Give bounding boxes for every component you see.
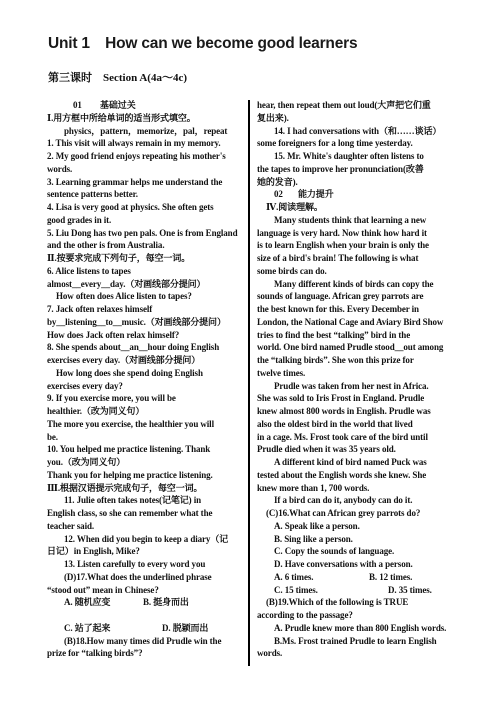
text-line: sounds of language. African grey parrots… xyxy=(257,290,471,303)
text-line: A. 6 times.B. 12 times. xyxy=(257,571,471,584)
text-line: 02能力提升 xyxy=(257,188,471,201)
text-line: the tapes to improve her pronunciation(改… xyxy=(257,163,471,176)
text-line: She was sold to Iris Frost in England. P… xyxy=(257,392,471,405)
text-line: 2. My good friend enjoys repeating his m… xyxy=(47,150,245,163)
text-line: hear, then repeat them out loud(大声把它们重 xyxy=(257,99,471,112)
text-line: Thank you for helping me practice listen… xyxy=(47,469,245,482)
worksheet-page: Unit 1 How can we become good learners 第… xyxy=(0,0,496,702)
text-line: 15. Mr. White's daughter often listens t… xyxy=(257,150,471,163)
text-line: “stood out” mean in Chinese? xyxy=(47,584,245,597)
text-line: world. One bird named Prudle stood__out … xyxy=(257,341,471,354)
text-line: 10. You helped me practice listening. Th… xyxy=(47,443,245,456)
text-line: A. 随机应变B. 挺身而出 xyxy=(47,596,245,609)
text-line: 复出来). xyxy=(257,112,471,125)
text-line: exercises every day.（对画线部分提问） xyxy=(47,354,245,367)
text-line-segment: D. 脱颖而出 xyxy=(162,622,208,635)
text-line: Ⅱ.按要求完成下列句子，每空一词。 xyxy=(47,252,245,265)
text-line xyxy=(47,609,245,622)
text-line: be. xyxy=(47,431,245,444)
text-line: language is very hard. Now think how har… xyxy=(257,227,471,240)
text-line: words. xyxy=(257,647,471,660)
text-line: words. xyxy=(47,163,245,176)
text-line: 8. She spends about__an__hour doing Engl… xyxy=(47,341,245,354)
text-line-segment: 基础过关 xyxy=(100,99,136,112)
text-line: knew more than 1, 700 words. xyxy=(257,482,471,495)
text-line: Prudle was taken from her nest in Africa… xyxy=(257,380,471,393)
text-line: 她的发音). xyxy=(257,176,471,189)
text-line-segment: B. 挺身而出 xyxy=(143,596,189,609)
text-line: 7. Jack often relaxes himself xyxy=(47,303,245,316)
text-line: also the oldest bird in the world that l… xyxy=(257,418,471,431)
text-line: 3. Learning grammar helps me understand … xyxy=(47,176,245,189)
text-line: 12. When did you begin to keep a diary（记 xyxy=(47,533,245,546)
text-line: some birds can do. xyxy=(257,265,471,278)
text-line: B.Ms. Frost trained Prudle to learn Engl… xyxy=(257,635,471,648)
text-line: (B)18.How many times did Prudle win the xyxy=(47,635,245,648)
text-line: Ⅳ.阅读理解。 xyxy=(257,201,471,214)
text-line: London, the National Cage and Aviary Bir… xyxy=(257,316,471,329)
text-line: physics，pattern，memorize，pal，repeat xyxy=(47,125,245,138)
text-line: (D)17.What does the underlined phrase xyxy=(47,571,245,584)
text-line: A. Speak like a person. xyxy=(257,520,471,533)
text-line: B. Sing like a person. xyxy=(257,533,471,546)
text-line: the “talking birds”. She won this prize … xyxy=(257,354,471,367)
text-line: 5. Liu Dong has two pen pals. One is fro… xyxy=(47,227,245,240)
text-line: C. Copy the sounds of language. xyxy=(257,545,471,558)
text-line: Many students think that learning a new xyxy=(257,214,471,227)
text-line-segment: 能力提升 xyxy=(298,188,334,201)
text-line-segment: B. 12 times. xyxy=(369,571,412,584)
text-line: 日记）in English, Mike? xyxy=(47,545,245,558)
text-line: in a cage. Ms. Frost took care of the bi… xyxy=(257,431,471,444)
text-line: the best known for this. Every December … xyxy=(257,303,471,316)
text-line: How long does she spend doing English xyxy=(47,367,245,380)
text-line: C. 15 times.D. 35 times. xyxy=(257,584,471,597)
text-line: (C)16.What can African grey parrots do? xyxy=(257,507,471,520)
right-column: hear, then repeat them out loud(大声把它们重复出… xyxy=(257,99,471,660)
text-line: Ⅲ.根据汉语提示完成句子，每空一词。 xyxy=(47,482,245,495)
text-line: is to learn English when your brain is o… xyxy=(257,239,471,252)
text-line: by__listening__to__music.（对画线部分提问） xyxy=(47,316,245,329)
text-line: some foreigners for a long time yesterda… xyxy=(257,137,471,150)
text-line: 11. Julie often takes notes(记笔记) in xyxy=(47,494,245,507)
text-line: 14. I had conversations with（和……谈话） xyxy=(257,125,471,138)
text-line: (B)19.Which of the following is TRUE xyxy=(257,596,471,609)
text-line: tested about the English words she knew.… xyxy=(257,469,471,482)
text-line: 6. Alice listens to tapes xyxy=(47,265,245,278)
text-line: C. 站了起来D. 脱颖而出 xyxy=(47,622,245,635)
lesson-header: 第三课时 Section A(4a～4c) xyxy=(48,69,187,85)
left-column: 01基础过关Ⅰ.用方框中所给单词的适当形式填空。physics，pattern，… xyxy=(47,99,245,660)
unit-title: Unit 1 How can we become good learners xyxy=(48,31,357,53)
text-line: sentence patterns better. xyxy=(47,188,245,201)
text-line: If a bird can do it, anybody can do it. xyxy=(257,494,471,507)
text-line: exercises every day? xyxy=(47,380,245,393)
text-line: How often does Alice listen to tapes? xyxy=(47,290,245,303)
text-line: 9. If you exercise more, you will be xyxy=(47,392,245,405)
text-line: twelve times. xyxy=(257,367,471,380)
text-line: 13. Listen carefully to every word you xyxy=(47,558,245,571)
text-line: D. Have conversations with a person. xyxy=(257,558,471,571)
text-line: you.（改为同义句） xyxy=(47,456,245,469)
text-line: tries to find the best “talking” bird in… xyxy=(257,329,471,342)
text-line: Many different kinds of birds can copy t… xyxy=(257,278,471,291)
text-line: 4. Lisa is very good at physics. She oft… xyxy=(47,201,245,214)
text-line: English class, so she can remember what … xyxy=(47,507,245,520)
text-line: and the other is from Australia. xyxy=(47,239,245,252)
text-line-segment: D. 35 times. xyxy=(388,584,432,597)
text-line: size of a bird's brain! The following is… xyxy=(257,252,471,265)
text-line: The more you exercise, the healthier you… xyxy=(47,418,245,431)
column-divider xyxy=(248,100,250,666)
text-line: Prudle died when it was 35 years old. xyxy=(257,443,471,456)
text-line: Ⅰ.用方框中所给单词的适当形式填空。 xyxy=(47,112,245,125)
text-line: good grades in it. xyxy=(47,214,245,227)
text-line: according to the passage? xyxy=(257,609,471,622)
text-line: 1. This visit will always remain in my m… xyxy=(47,137,245,150)
text-line: healthier.（改为同义句） xyxy=(47,405,245,418)
text-line: almost__every__day.（对画线部分提问） xyxy=(47,278,245,291)
text-line: prize for “talking birds”? xyxy=(47,647,245,660)
text-line: A different kind of bird named Puck was xyxy=(257,456,471,469)
text-line: 01基础过关 xyxy=(47,99,245,112)
text-line: knew almost 800 words in English. Prudle… xyxy=(257,405,471,418)
text-line: A. Prudle knew more than 800 English wor… xyxy=(257,622,471,635)
text-line: How does Jack often relax himself? xyxy=(47,329,245,342)
text-line: teacher said. xyxy=(47,520,245,533)
